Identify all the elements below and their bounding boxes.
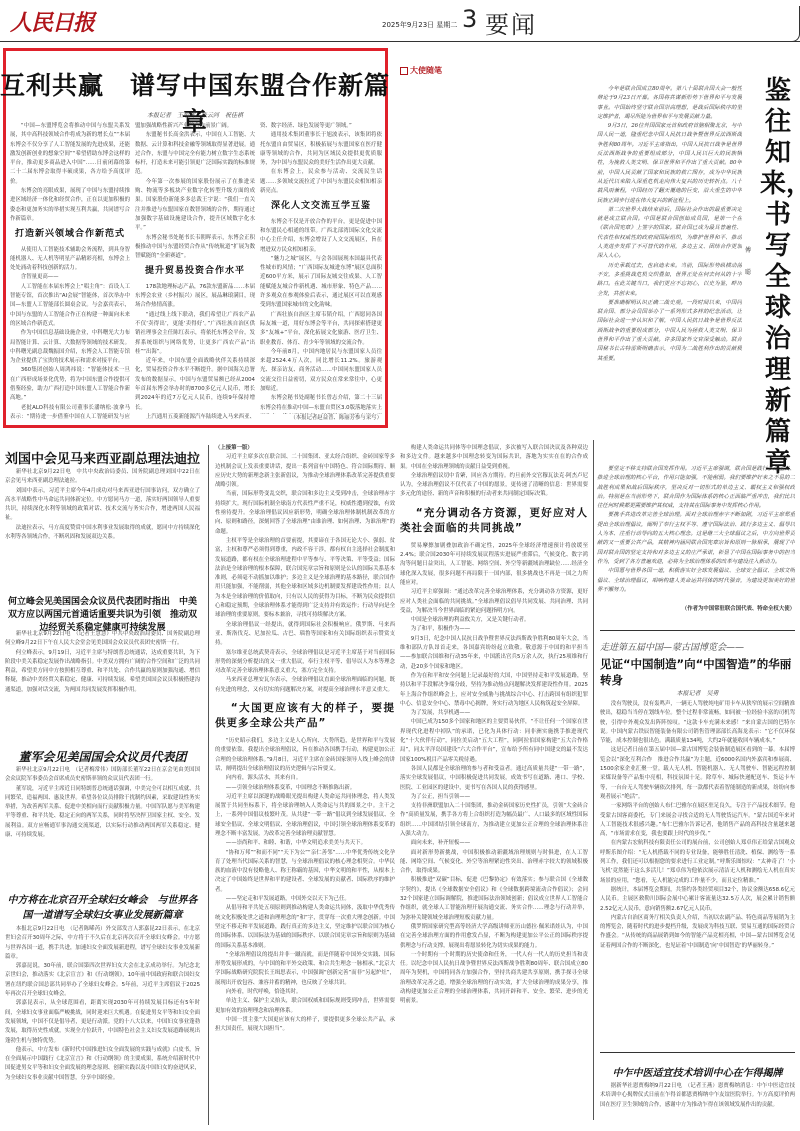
paragraph: 东博会的亮眼成果，展现了中国与东盟持续推进区域经济一体化和经贸合作，正在以更加积… [10, 187, 130, 224]
paragraph: 盟加强战略性新兴产业的合作前景广阔。 [135, 122, 255, 131]
paragraph: 通用技术集团董事长于旭波表示，该集团将依托东盟自由贸易区，积极拓展与东盟国家在医… [260, 131, 382, 168]
page-section-name: 要闻 [485, 5, 537, 40]
ambassador-vertical-headline[interactable]: 鉴往知来，书写全球治理新篇章 [760, 76, 796, 479]
paragraph: ——引领全球治理体系变革，中国理念不断推陈出新。 [215, 784, 395, 793]
paragraph: 老挝ALO科技有限公司董事长潘纳松·波拿马表示：“期待进一步借鉴中国在人工智能研… [10, 404, 130, 422]
lead-subheading-2: 提升贸易投资合作水平 [135, 267, 255, 276]
paragraph: 为了发展，共享机遇—— [400, 709, 588, 718]
paragraph: 新华社北京9月22日电 中共中央政治局委员、国务院副总理刘国中22日在京会见马来… [5, 468, 200, 487]
paragraph: 支持非洲联盟加入二十国集团，推动金砖国家历史性扩员，引领“大金砖合作”高质量发展… [400, 802, 588, 839]
paragraph: 中国已成为150多个国家和地区的主要贸易伙伴，“不让任何一个国家在世界现代化进程… [400, 718, 588, 764]
page-number: 3 [462, 5, 477, 33]
paragraph: ——坚定走和平发展道路，中国外交以天下为己任。 [215, 895, 395, 904]
paragraph: 今年前8月，中国内地居民与东盟国家人员往来超2524.4万人次，同比增长11.2… [260, 348, 382, 394]
chad-tcm-article-title[interactable]: 中乍中医适宜技术培训中心在乍得揭牌 [600, 1064, 795, 1079]
lead-column-3: 资、数字经济、绿色发展等更广领域。” 通用技术集团董事长于旭波表示，该集团将依托… [260, 122, 382, 414]
paragraph: 面向未来，补齐短板—— [400, 839, 588, 848]
expo-article-byline: 本报记者 吴勇 [600, 688, 795, 697]
paragraph: 在内蒙古宏航科技有限责任公司的展台前，公司创始人郑卓伟正给蒙古国观众呼斯乐图介绍… [600, 839, 795, 885]
expo-article-body: 没有驾驶员，没有轰鸣声，一辆无人驾驶纯电矿用卡车从狭窄的展示空间精准驶出，稳稳当… [600, 700, 795, 1048]
section-divider [600, 1052, 795, 1053]
lead-column-1: “中国—东盟博览会将推动中国与东盟关系发展，其中高科技领域合作将成为新的增长点”… [10, 122, 130, 422]
paragraph: 面对新形势新挑战，中国积极推动新疆域治理规则与时俱进，在人工智能、网络空间、气候… [400, 849, 588, 877]
paragraph: 构建人类命运共同体等中国理念倡议，多次被写入联合国决议及各种双边和多边文件。越来… [400, 444, 588, 472]
paragraph: 一家网络平台的创始人布仁巴雅尔在展区驻足良久，专注于产品技术细节。他受蒙古国客商… [600, 802, 795, 839]
paragraph: 法迪拉表示，马方高度赞赏中国水利事业发展取得的成就，愿同中方持续深化水利等各领域… [5, 524, 200, 543]
paragraph: ——崇尚和平、和睦、和谐，中华文明追求美美与共天下。 [215, 839, 395, 848]
paragraph: 作为中国信息基础设施企业，中科曙光大力布局智能计算、云计算、大数据等领域的技术研… [10, 329, 130, 366]
paragraph: 各国人民都是全球治理的参与者和受益者。通过高质量共建“一带一路”，落实全球发展倡… [400, 765, 588, 793]
paragraph: 据新华社恩贾梅纳9月22日电 （记者王燕）恩贾梅纳消息：中乍中医适宜技术培训中心… [600, 1082, 795, 1110]
paragraph: 郭嘉昆表示，从全球范围看，距离实现2030年可持续发展目标还有5年时间，全球妇女… [5, 999, 200, 1045]
paragraph: 为了公正，担当引领—— [400, 793, 588, 802]
paragraph: 要准确解明认识正确二战史观。一段时间以来，中国同联合国、部分会员国举办了一系列形… [597, 299, 742, 364]
paragraph: 中国愿与世界各国一道，积极落实好全球发展倡议、全球安全倡议、全球文明倡议、全球治… [597, 567, 795, 595]
paragraph: 内蒙古自治区商务厅相关负责人介绍，当初以农副产品、特色商品等展销为主的博览会，随… [600, 914, 795, 951]
paragraph: 今年第一次参展的国家股份展示了在推进采购、物流等多板块产业数字化转型升级方面的成… [135, 178, 255, 234]
paragraph: 近年来，中国东盟全面战略伙伴关系持续深化，贸易投资合作水平不断提升。据中国海关总… [135, 357, 255, 413]
paragraph: 广西壮族自治区主席韦韬介绍，广西愿同各国际友城一道，用好东博会等平台，共同探索搭… [260, 311, 382, 348]
paragraph: 含智量更高—— [10, 273, 130, 282]
paragraph: 东盟秘书长高金洪表示，中国在人工智能、大数据、云计算和科技金融等领域取得显著进展… [135, 131, 255, 177]
paragraph: 中国是全球治理的利益攸关方，又是关键行动者。 [400, 616, 588, 625]
paragraph: 360集团创始人周鸿祎说：“智能体技术一旦在广西形成场景化优势，将为中国东盟合作… [10, 366, 130, 403]
paragraph: 习近平主席强调：“通过改革完善全球治理体系，充分调动各方资源，更好应对人类社会面… [400, 588, 588, 616]
continued-subheading-a: “大国更应该有大的样子，要提供更多全球公共产品” [215, 701, 395, 731]
paragraph: “协和万邦”“和而不同”“天下为公”“亲仁善邻”……中华优秀传统文化孕育了处理当… [215, 849, 395, 895]
article-body-liu-guozhong: 新华社北京9月22日电 中共中央政治局委员、国务院副总理刘国中22日在京会见马来… [5, 468, 200, 563]
paragraph: 俄罗斯国家研究型高等经济大学高级讲师亚历山德拉·佩米诺娃认为，中国在完善全球治理… [400, 923, 588, 951]
paragraph: 历史承载过去，也启迪未来。当前，国际形势纵横动荡不安，多重挑战危机交织叠加，世界… [597, 262, 742, 299]
paragraph: 一个时期有一个时期的历史使命和任务，一代人有一代人的历史担当和责任。以纪念中国人… [400, 951, 588, 1007]
paragraph: 今年是联合国成立80周年。第八十届联合国大会一般性辩论于9月23日开幕。各国将共… [597, 85, 742, 122]
paragraph: 他表示，中方发布《新时代中国推进妇女全面发展的实践与成就》白皮书，旨在全面展示中… [5, 1046, 200, 1083]
lead-subheading-1: 打造新兴领域合作新范式 [10, 230, 130, 239]
column-divider [593, 440, 594, 1120]
continued-article-col-a: （上接第一版） 习近平主席多次在联合国、二十国集团、亚太经合组织、金砖国家等多边… [215, 444, 395, 1126]
paragraph: 中国一贯主张“大国更应该有大的样子，要提供更多全球公共产品，承担大国责任，展现大… [215, 1016, 395, 1035]
masthead-corner-decoration [790, 6, 800, 42]
paragraph: 东博会秘书处副秘书长曾志介绍，第二十三届东博会将在推动中国—东盟自贸区3.0版落… [260, 394, 382, 414]
issue-date: 2025年9月23日 星期二 [382, 20, 457, 30]
article-title-womens-summit[interactable]: 中方将在北京召开全球妇女峰会 与世界各国一道谱写全球妇女事业发展新篇章 [5, 893, 200, 923]
paragraph: “魅力之城”展区，与会各国展现本国最具代表性城市的风情；“广西国际友城进东博”展… [260, 255, 382, 311]
paragraph: 马来西亚总理安瓦尔表示，全球治理倡议直面全球治理面临的问题，既有先进的理念，又有… [215, 676, 395, 695]
lead-story-byline: 本报记者 王东辉 张云河 祝佳祺 [0, 110, 390, 119]
article-body-he-lifeng: 新华社北京9月22日电 （记者王慧慧）中共中央政治局委员、国务院副总理何立峰9月… [5, 630, 200, 738]
lead-column-2: 盟加强战略性新兴产业的合作前景广阔。 东盟秘书长高金洪表示，中国在人工智能、大数… [135, 122, 255, 422]
paragraph: 要坚定不移支持联合国发挥作用。习近平主席强调，联合国是践行多边主义、推进全球治理… [597, 465, 795, 511]
paragraph: “通过线上线下联动，我们希望让广西农产品不仅‘卖得出’，更能‘卖得好’。”广西壮… [135, 311, 255, 357]
paragraph: 东博会不仅是开放合作的平台，更是促进中国和东盟民心相通的纽带。广西北部湾国际文化… [260, 218, 382, 255]
article-title-liu-guozhong[interactable]: 刘国中会见马来西亚副总理法迪拉 [5, 448, 200, 467]
paragraph: 新华社北京9月22日电 （记者王慧慧）中共中央政治局委员、国务院副总理何立峰9月… [5, 630, 200, 649]
paragraph: 积极推进“双碳”目标，促进《巴黎协定》有效落实；参与联合国《全球数字契约》，提出… [400, 876, 588, 922]
paragraph: 9月3日，纪念中国人民抗日战争暨世界反法西斯战争胜利80周年大会，当维和部队方队… [400, 635, 588, 672]
column-tag-ambassador-notes: 大使随笔 [400, 65, 442, 76]
paragraph: 上汽通用五菱新能源汽车陆续进入马来西亚、缅甸、泰国、越南等东盟国家市场；越南的凉… [135, 413, 255, 422]
paragraph: 习近平主席以深邃的战略眼光提出构建人类命运共同体理念，将人类发展置于共同坐标系下… [215, 793, 395, 839]
paragraph: 资、数字经济、绿色发展等更广领域。” [260, 122, 382, 131]
paragraph: 郭嘉昆说，30年前，联合国第四次世界妇女大会在北京成功举行。为纪念北京世妇会，推… [5, 962, 200, 999]
paragraph: “中国—东盟博览会将推动中国与东盟关系发展，其中高科技领域合作将成为新的增长点”… [10, 122, 130, 187]
paragraph: “全球治理倡议的提出并非一蹴而就，而是伴随着中国外交实践、国际形势发展形成的，与… [215, 951, 395, 988]
paragraph: “历史昭示我们，多边主义是人心所向、大势所趋，是世界和平与发展的重要依靠。我提出… [215, 737, 395, 774]
paragraph: 贸易摩擦加剧叠加政治不确定性，2025年全球经济增速预计将放缓至2.4%；联合国… [400, 542, 588, 588]
paragraph: 在东博会上，民众参与活动、交流民生话题……多领域交流拉近了中国与东盟民众相知相亲… [260, 168, 382, 196]
paragraph: 习近平主席多次在联合国、二十国集团、亚太经合组织、金砖国家等多边机制会议上发表重… [215, 453, 395, 490]
paragraph: 向内看，源头活水，其来有自。 [215, 774, 395, 783]
paragraph: 刘国中表示，习近平主席今年4月成功对马来西亚进行国事访问，双方确立了高水平战略性… [5, 487, 200, 524]
paragraph: 从倡导和平共处五项原则到推动构建人类命运共同体，汲取中华优秀传统文化积极处世之道… [215, 904, 395, 950]
paragraph: 第二次世界大战结束前后，国际社会作出的最重要决定就是成立联合国。中国是联合国创始… [597, 206, 742, 262]
paragraph: 作为在和平和安全问题上记录最好的大国，中国坚持走和平发展道路，坚持以和平手段解决… [400, 672, 588, 709]
continued-from-label: （上接第一版） [215, 444, 395, 453]
newspaper-logo: 人民日报 [10, 6, 94, 37]
article-body-dong-jun: 新华社北京9月22日电 （记者梅常伟）国防部长董军22日在京会见由美国国会众议院… [5, 766, 200, 866]
paragraph: 主权平等是全球治理的首要前提，其要谛在于各国无论大小、强弱、贫富，主权和尊严必须… [215, 537, 395, 621]
paragraph: 178款地理标志产品，76款东盟新品……本届东博会农业（乡村振兴）展区，展品琳琅… [135, 283, 255, 311]
ambassador-author: 傅聪 [745, 240, 755, 284]
column-tag-icon [400, 67, 408, 75]
expo-article-headline[interactable]: 见证“中国制造”向“中国智造”的华丽转身 [600, 656, 798, 688]
ambassador-author-note: （作者为中国常驻联合国代表、特命全权大使） [597, 605, 795, 615]
expo-article-kicker: 走进第五届中国—蒙古国博览会—— [600, 640, 795, 653]
paragraph: 董军说，习近平主席近日同特朗普总统通话强调，中美完全可以相互成就、共同繁荣，造福… [5, 785, 200, 841]
article-body-womens-summit: 本报北京9月22日电 （记者陈晞芮）外交部发言人郭嘉昆22日表示，在北京世妇会召… [5, 925, 200, 1125]
paragraph: 塞尔维亚总统武契奇表示，全球治理倡议是习近平主席基于对当前国际形势的深刻分析提出… [215, 649, 395, 677]
paragraph: 据统计，本届博览会期间，共签约各类经贸项目32个，协议金额达658.6亿元人民币… [600, 886, 795, 914]
continued-subheading-b: “充分调动各方资源，更好应对人类社会面临的共同挑战” [400, 506, 588, 536]
paragraph: 当前，国际形势变乱交织，联合国和多边主义受到冲击，全球治理赤字持续扩大。现行国际… [215, 490, 395, 536]
paragraph: 东博会秘书处秘书长韦朝晖表示，东博会正积极推动中国与东盟经贸合作从“传统航道”扩… [135, 234, 255, 262]
paragraph: 9月3日，26位外国国家元首和政府首脑相聚北京，与中国人民一道，隆重纪念中国人民… [597, 122, 742, 206]
continued-article-col-b: 构建人类命运共同体等中国理念倡议，多次被写入联合国决议及各种双边和多边文件。越来… [400, 444, 588, 1126]
paragraph: 这是记者日前在第五届中国—蒙古国博览会装备制造展区看到的一幕。本届博览会以“深化… [600, 746, 795, 802]
paragraph: 向外看，时代呼唤，恰逢其时。 [215, 988, 395, 997]
section-divider [600, 630, 795, 631]
paragraph: 从使用人工智能技术辅助会务流程，到具身智能机器人、无人机等明星产品精彩亮相，东博… [10, 246, 130, 274]
chad-tcm-article-body: 据新华社恩贾梅纳9月22日电 （记者王燕）恩贾梅纳消息：中乍中医适宜技术培训中心… [600, 1082, 795, 1127]
paragraph: 没有驾驶员，没有轰鸣声，一辆无人驾驶纯电矿用卡车从狭窄的展示空间精准驶出，稳稳当… [600, 700, 795, 746]
paragraph: 人工智能在本届东博会上“唱主角”：首设人工智能专馆，首次推出“AI会展”智能体，… [10, 283, 130, 329]
paragraph: 全球治理倡议一经提出，就得到国际社会积极响应。俄罗斯、马来西亚、斯洛伐克、尼加拉… [215, 621, 395, 649]
paragraph: 为了和平，积极作为—— [400, 625, 588, 634]
paragraph: 本报北京9月22日电 （记者陈晞芮）外交部发言人郭嘉昆22日表示，在北京世妇会召… [5, 925, 200, 962]
ambassador-column-top: 今年是联合国成立80周年。第八十届联合国大会一般性辩论于9月23日开幕。各国将共… [597, 85, 742, 465]
lead-credit: （本报记者赵益普、陈丽芳参与采写） [260, 414, 382, 424]
paragraph: 新华社北京9月22日电 （记者梅常伟）国防部长董军22日在京会见由美国国会众议院… [5, 766, 200, 785]
paragraph: 要携手共进改革完善全球治理。面对全球治理赤字不断加剧，习近平主席郑重提出全球治理… [597, 511, 795, 567]
column-tag-label: 大使随笔 [410, 66, 442, 75]
column-divider [208, 445, 209, 1125]
paragraph: 全球治理倡议切中肯綮，回应各方期待。约旦前外交官穆瓦法克·阿杰卢尼认为，全球治理… [400, 472, 588, 500]
ambassador-column-bottom: 要坚定不移支持联合国发挥作用。习近平主席强调，联合国是践行多边主义、推进全球治理… [597, 465, 795, 605]
lead-subheading-3: 深化人文交流互学互鉴 [260, 202, 382, 211]
paragraph: 何立峰表示，9月19日，习近平主席与特朗普总统通话，达成重要共识，为下阶段中美关… [5, 649, 200, 695]
article-title-dong-jun[interactable]: 董军会见美国国会众议员代表团 [5, 748, 200, 765]
paragraph: 单边主义、保护主义抬头，联合国权威和国际规则受到冲击，世界需要更加有效的治理理念… [215, 997, 395, 1016]
